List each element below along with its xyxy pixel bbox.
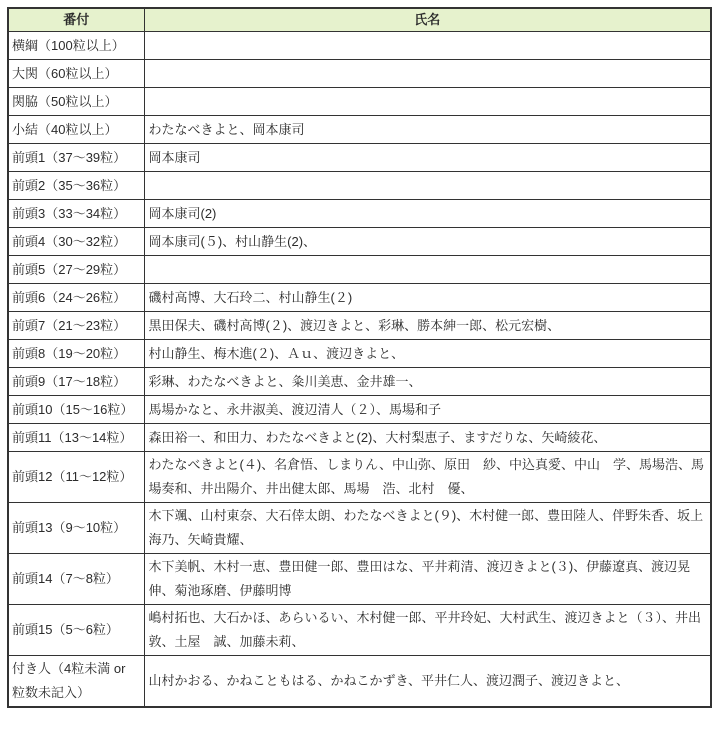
table-row: 前頭8（19～20粒）村山静生、梅木進(２)、Ａｕ、渡辺きよと、 <box>8 340 711 368</box>
table-row: 小結（40粒以上）わたなべきよと、岡本康司 <box>8 116 711 144</box>
table-row: 大関（60粒以上） <box>8 60 711 88</box>
rank-cell: 前頭8（19～20粒） <box>8 340 144 368</box>
table-row: 横綱（100粒以上） <box>8 32 711 60</box>
names-cell: 岡本康司 <box>144 144 711 172</box>
rank-cell: 前頭11（13～14粒） <box>8 424 144 452</box>
table-row: 前頭7（21～23粒）黒田保夫、磯村高博(２)、渡辺きよと、彩琳、勝本紳一郎、松… <box>8 312 711 340</box>
rank-cell: 前頭5（27～29粒） <box>8 256 144 284</box>
table-row: 前頭1（37～39粒）岡本康司 <box>8 144 711 172</box>
names-cell <box>144 88 711 116</box>
column-header-rank: 番付 <box>8 8 144 32</box>
rank-cell: 前頭14（7～8粒） <box>8 554 144 605</box>
table-row: 前頭3（33～34粒）岡本康司(2) <box>8 200 711 228</box>
rank-cell: 前頭3（33～34粒） <box>8 200 144 228</box>
names-cell: 森田裕一、和田力、わたなべきよと(2)、大村梨恵子、ますだりな、矢崎綾花、 <box>144 424 711 452</box>
rank-cell: 関脇（50粒以上） <box>8 88 144 116</box>
names-cell: 嶋村拓也、大石かほ、あらいるい、木村健一郎、平井玲妃、大村武生、渡辺きよと（３）… <box>144 605 711 656</box>
table-row: 前頭5（27～29粒） <box>8 256 711 284</box>
names-cell: 木下美帆、木村一恵、豊田健一郎、豊田はな、平井莉清、渡辺きよと(３)、伊藤遼真、… <box>144 554 711 605</box>
names-cell: 磯村高博、大石玲二、村山静生(２) <box>144 284 711 312</box>
ranking-table: 番付 氏名 横綱（100粒以上）大関（60粒以上）関脇（50粒以上）小結（40粒… <box>7 7 712 708</box>
names-cell: 岡本康司(2) <box>144 200 711 228</box>
rank-cell: 前頭15（5～6粒） <box>8 605 144 656</box>
names-cell: わたなべきよと(４)、名倉悟、しまりん、中山弥、原田 紗、中込真愛、中山 学、馬… <box>144 452 711 503</box>
table-row: 前頭14（7～8粒）木下美帆、木村一恵、豊田健一郎、豊田はな、平井莉清、渡辺きよ… <box>8 554 711 605</box>
rank-cell: 前頭13（9～10粒） <box>8 503 144 554</box>
table-row: 前頭13（9～10粒）木下颯、山村東奈、大石倖太朗、わたなべきよと(９)、木村健… <box>8 503 711 554</box>
names-cell: 馬場かなと、永井淑美、渡辺清人（２）、馬場和子 <box>144 396 711 424</box>
rank-cell: 大関（60粒以上） <box>8 60 144 88</box>
table-row: 前頭9（17～18粒）彩琳、わたなべきよと、粂川美恵、金井雄一、 <box>8 368 711 396</box>
names-cell <box>144 32 711 60</box>
rank-cell: 横綱（100粒以上） <box>8 32 144 60</box>
table-header: 番付 氏名 <box>8 8 711 32</box>
rank-cell: 前頭10（15～16粒） <box>8 396 144 424</box>
table-body: 横綱（100粒以上）大関（60粒以上）関脇（50粒以上）小結（40粒以上）わたな… <box>8 32 711 708</box>
table-row: 前頭11（13～14粒）森田裕一、和田力、わたなべきよと(2)、大村梨恵子、ます… <box>8 424 711 452</box>
names-cell: 彩琳、わたなべきよと、粂川美恵、金井雄一、 <box>144 368 711 396</box>
table-row: 付き人（4粒未満 or 粒数未記入）山村かおる、かねこともはる、かねこかずき、平… <box>8 656 711 708</box>
rank-cell: 小結（40粒以上） <box>8 116 144 144</box>
rank-cell: 前頭6（24～26粒） <box>8 284 144 312</box>
table-row: 前頭6（24～26粒）磯村高博、大石玲二、村山静生(２) <box>8 284 711 312</box>
names-cell: 村山静生、梅木進(２)、Ａｕ、渡辺きよと、 <box>144 340 711 368</box>
names-cell: 山村かおる、かねこともはる、かねこかずき、平井仁人、渡辺潤子、渡辺きよと、 <box>144 656 711 708</box>
table-row: 関脇（50粒以上） <box>8 88 711 116</box>
rank-cell: 前頭12（11～12粒） <box>8 452 144 503</box>
table-row: 前頭12（11～12粒）わたなべきよと(４)、名倉悟、しまりん、中山弥、原田 紗… <box>8 452 711 503</box>
table-row: 前頭10（15～16粒）馬場かなと、永井淑美、渡辺清人（２）、馬場和子 <box>8 396 711 424</box>
names-cell <box>144 60 711 88</box>
names-cell <box>144 172 711 200</box>
names-cell: 木下颯、山村東奈、大石倖太朗、わたなべきよと(９)、木村健一郎、豊田陸人、伴野朱… <box>144 503 711 554</box>
names-cell: 岡本康司(５)、村山静生(2)、 <box>144 228 711 256</box>
rank-cell: 前頭9（17～18粒） <box>8 368 144 396</box>
names-cell <box>144 256 711 284</box>
table-row: 前頭4（30～32粒）岡本康司(５)、村山静生(2)、 <box>8 228 711 256</box>
rank-cell: 前頭7（21～23粒） <box>8 312 144 340</box>
header-row: 番付 氏名 <box>8 8 711 32</box>
rank-cell: 前頭1（37～39粒） <box>8 144 144 172</box>
rank-cell: 付き人（4粒未満 or 粒数未記入） <box>8 656 144 708</box>
names-cell: 黒田保夫、磯村高博(２)、渡辺きよと、彩琳、勝本紳一郎、松元宏樹、 <box>144 312 711 340</box>
names-cell: わたなべきよと、岡本康司 <box>144 116 711 144</box>
rank-cell: 前頭2（35～36粒） <box>8 172 144 200</box>
table-row: 前頭2（35～36粒） <box>8 172 711 200</box>
column-header-name: 氏名 <box>144 8 711 32</box>
table-row: 前頭15（5～6粒）嶋村拓也、大石かほ、あらいるい、木村健一郎、平井玲妃、大村武… <box>8 605 711 656</box>
rank-cell: 前頭4（30～32粒） <box>8 228 144 256</box>
